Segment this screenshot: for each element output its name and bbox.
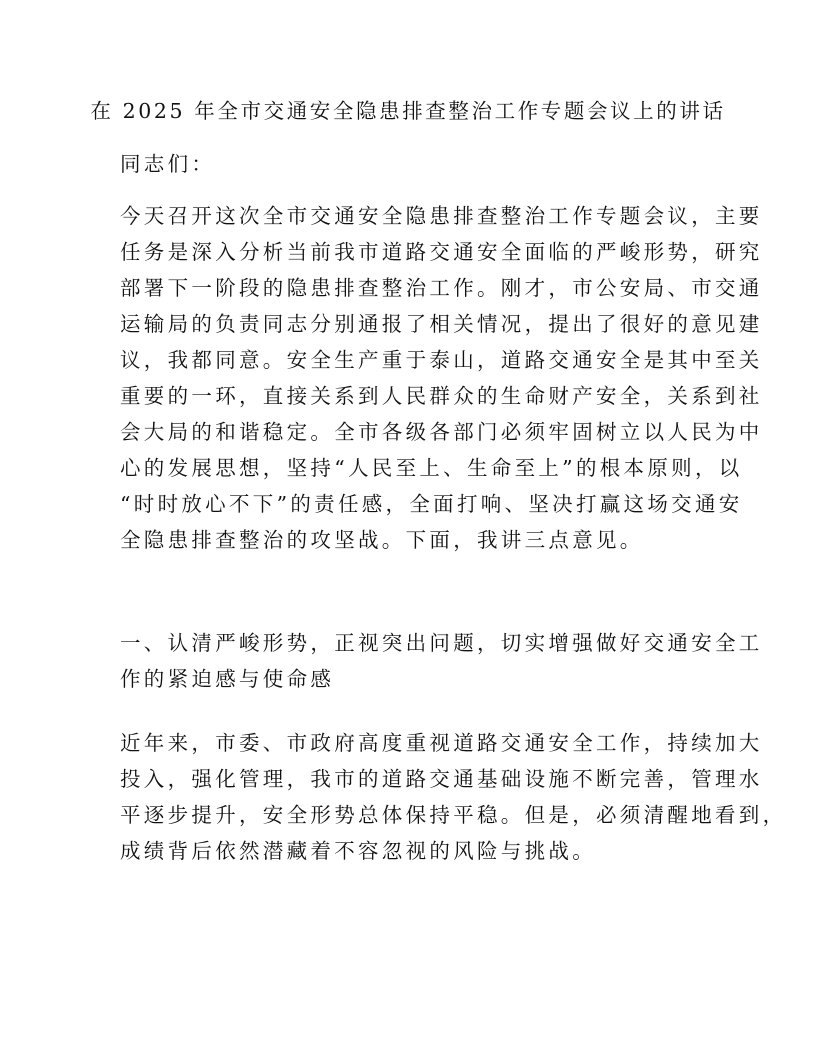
- text-line: “时时放心不下”的责任感，全面打响、坚决打赢这场交通安: [120, 486, 720, 522]
- text-line: 心的发展思想，坚持“人民至上、生命至上”的根本原则，以: [120, 450, 720, 486]
- text-line: 投入，强化管理，我市的道路交通基础设施不断完善，管理水: [120, 761, 720, 797]
- paragraph-intro: 今天召开这次全市交通安全隐患排查整治工作专题会议，主要 任务是深入分析当前我市道…: [120, 198, 720, 558]
- paragraph-section-1: 近年来，市委、市政府高度重视道路交通安全工作，持续加大 投入，强化管理，我市的道…: [120, 725, 720, 869]
- text-line: 今天召开这次全市交通安全隐患排查整治工作专题会议，主要: [120, 198, 720, 234]
- document-title: 在 2025 年全市交通安全隐患排查整治工作专题会议上的讲话: [0, 96, 816, 126]
- text-line: 一、认清严峻形势，正视突出问题，切实增强做好交通安全工: [120, 625, 720, 661]
- section-heading-1: 一、认清严峻形势，正视突出问题，切实增强做好交通安全工 作的紧迫感与使命感: [120, 625, 720, 697]
- text-line: 部署下一阶段的隐患排查整治工作。刚才，市公安局、市交通: [120, 270, 720, 306]
- text-line: 成绩背后依然潜藏着不容忽视的风险与挑战。: [120, 833, 720, 869]
- text-line: 作的紧迫感与使命感: [120, 661, 720, 697]
- document-page: 在 2025 年全市交通安全隐患排查整治工作专题会议上的讲话 同志们： 今天召开…: [0, 0, 816, 1056]
- text-line: 近年来，市委、市政府高度重视道路交通安全工作，持续加大: [120, 725, 720, 761]
- salutation: 同志们：: [120, 146, 720, 182]
- text-line: 议，我都同意。安全生产重于泰山，道路交通安全是其中至关: [120, 342, 720, 378]
- text-line: 重要的一环，直接关系到人民群众的生命财产安全，关系到社: [120, 378, 720, 414]
- text-line: 会大局的和谐稳定。全市各级各部门必须牢固树立以人民为中: [120, 414, 720, 450]
- text-line: 平逐步提升，安全形势总体保持平稳。但是，必须清醒地看到，: [120, 797, 720, 833]
- text-line: 全隐患排查整治的攻坚战。下面，我讲三点意见。: [120, 522, 720, 558]
- text-line: 任务是深入分析当前我市道路交通安全面临的严峻形势，研究: [120, 234, 720, 270]
- text-line: 运输局的负责同志分别通报了相关情况，提出了很好的意见建: [120, 306, 720, 342]
- text-line: 同志们：: [120, 146, 720, 182]
